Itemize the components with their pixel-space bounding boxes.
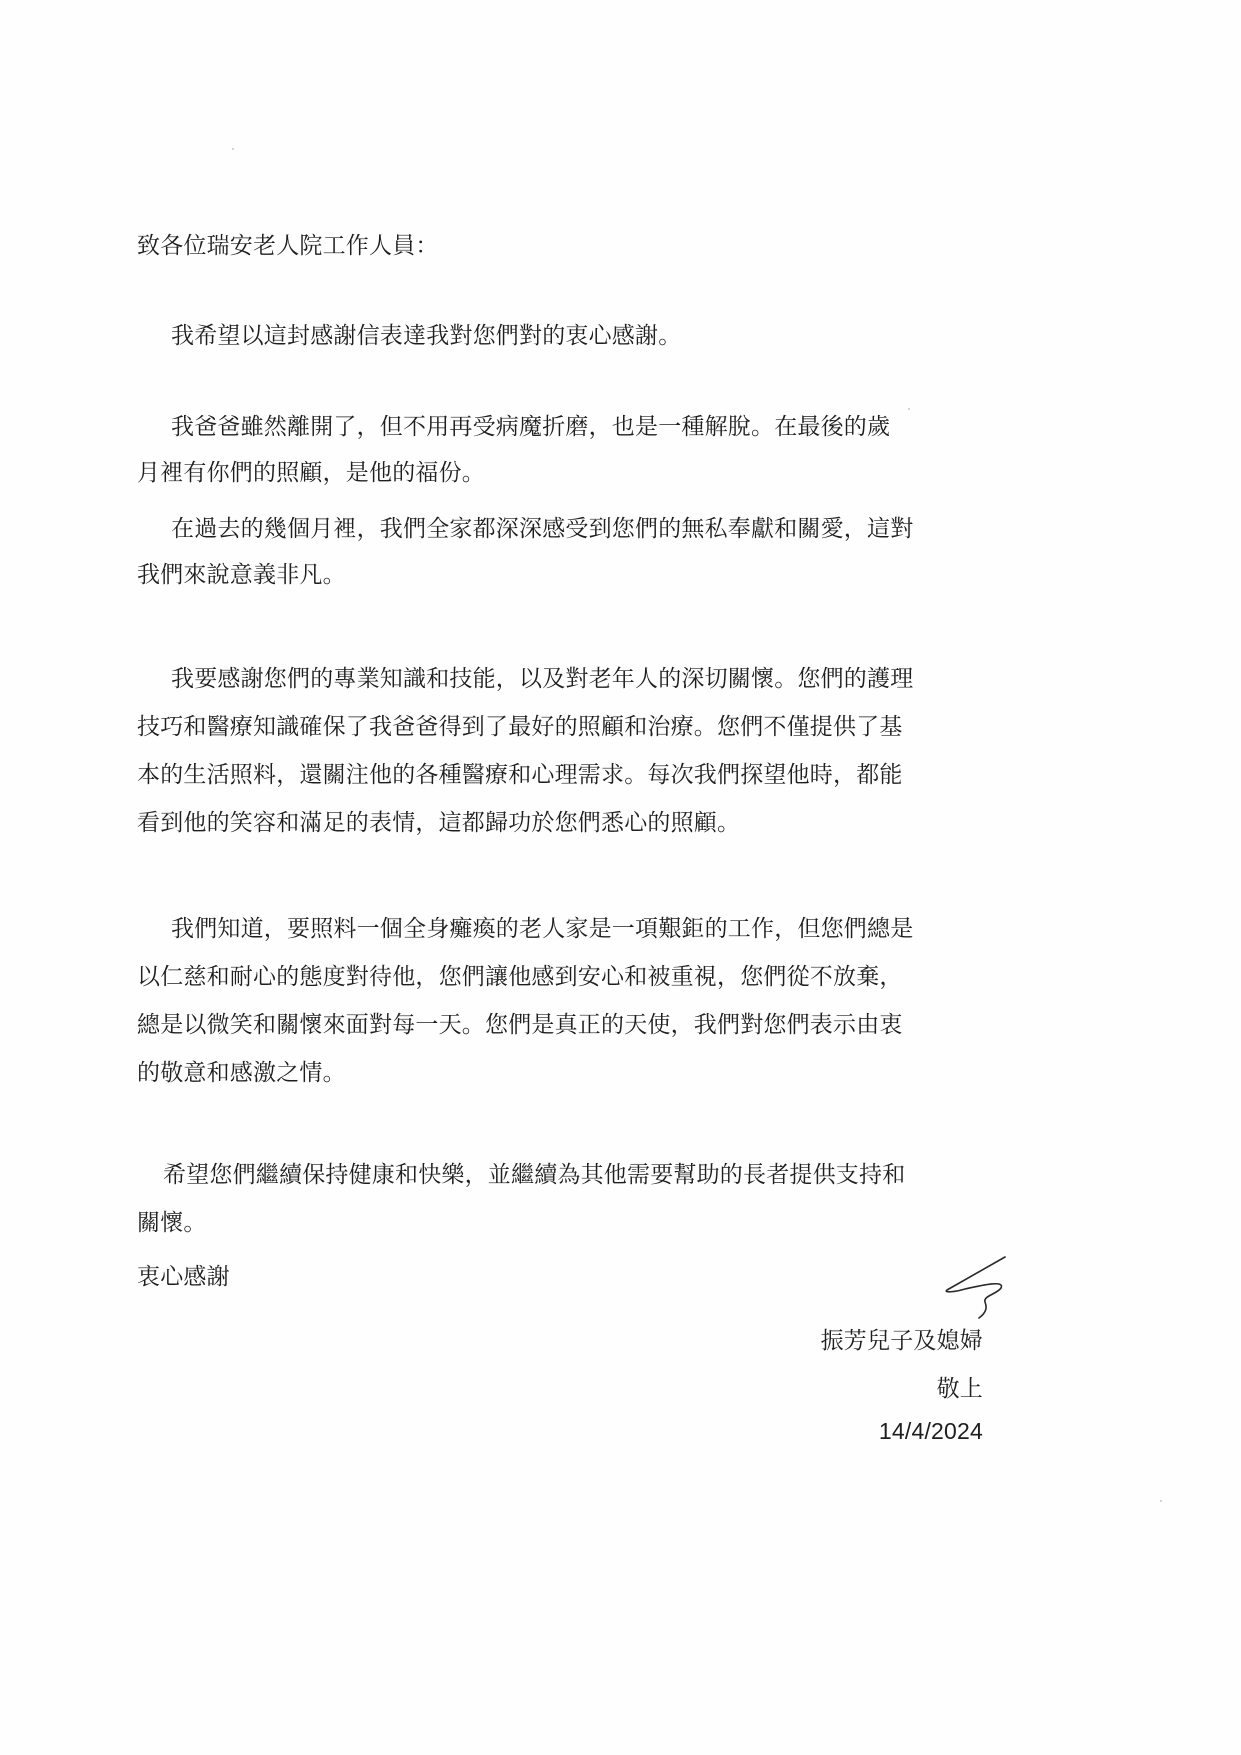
paragraph-5-line-2: 以仁慈和耐心的態度對待他，您們讓他感到安心和被重視，您們從不放棄， [137, 962, 903, 992]
letter-date: 14/4/2024 [879, 1416, 983, 1446]
paragraph-4-line-4: 看到他的笑容和滿足的表情，這都歸功於您們悉心的照顧。 [137, 808, 740, 838]
scan-speck [232, 148, 234, 150]
paragraph-2-line-1: 我爸爸雖然離開了，但不用再受病魔折磨，也是一種解脫。在最後的歲 [171, 412, 890, 442]
paragraph-1-line-1: 我希望以這封感謝信表達我對您們對的衷心感謝。 [171, 321, 681, 351]
salutation: 致各位瑞安老人院工作人員： [137, 231, 439, 261]
paragraph-4-line-1: 我要感謝您們的專業知識和技能，以及對老年人的深切關懷。您們的護理 [171, 664, 913, 694]
paragraph-3-line-2: 我們來說意義非凡。 [137, 560, 346, 590]
paragraph-5-line-1: 我們知道，要照料一個全身癱瘓的老人家是一項艱鉅的工作，但您們總是 [171, 914, 913, 944]
paragraph-4-line-2: 技巧和醫療知識確保了我爸爸得到了最好的照顧和治療。您們不僅提供了基 [137, 712, 903, 742]
sender-name: 振芳兒子及媳婦 [821, 1326, 983, 1356]
closing: 衷心感謝 [137, 1262, 230, 1292]
paragraph-6-line-2: 關懷。 [137, 1208, 207, 1238]
scan-speck [1160, 1500, 1162, 1502]
paragraph-5-line-3: 總是以微笑和關懷來面對每一天。您們是真正的天使，我們對您們表示由衷 [137, 1010, 903, 1040]
paragraph-6-line-1: 希望您們繼續保持健康和快樂，並繼續為其他需要幫助的長者提供支持和 [163, 1160, 905, 1190]
paragraph-3-line-1: 在過去的幾個月裡，我們全家都深深感受到您們的無私奉獻和關愛，這對 [171, 514, 913, 544]
paragraph-2-line-2: 月裡有你們的照顧，是他的福份。 [137, 458, 485, 488]
paragraph-5-line-4: 的敬意和感激之情。 [137, 1058, 346, 1088]
handwritten-signature-icon [935, 1252, 1015, 1322]
letter-page: 致各位瑞安老人院工作人員： 我希望以這封感謝信表達我對您們對的衷心感謝。 我爸爸… [0, 0, 1241, 1755]
sign-off: 敬上 [937, 1374, 983, 1404]
scan-speck [908, 408, 910, 410]
paragraph-4-line-3: 本的生活照料，還關注他的各種醫療和心理需求。每次我們探望他時，都能 [137, 760, 903, 790]
